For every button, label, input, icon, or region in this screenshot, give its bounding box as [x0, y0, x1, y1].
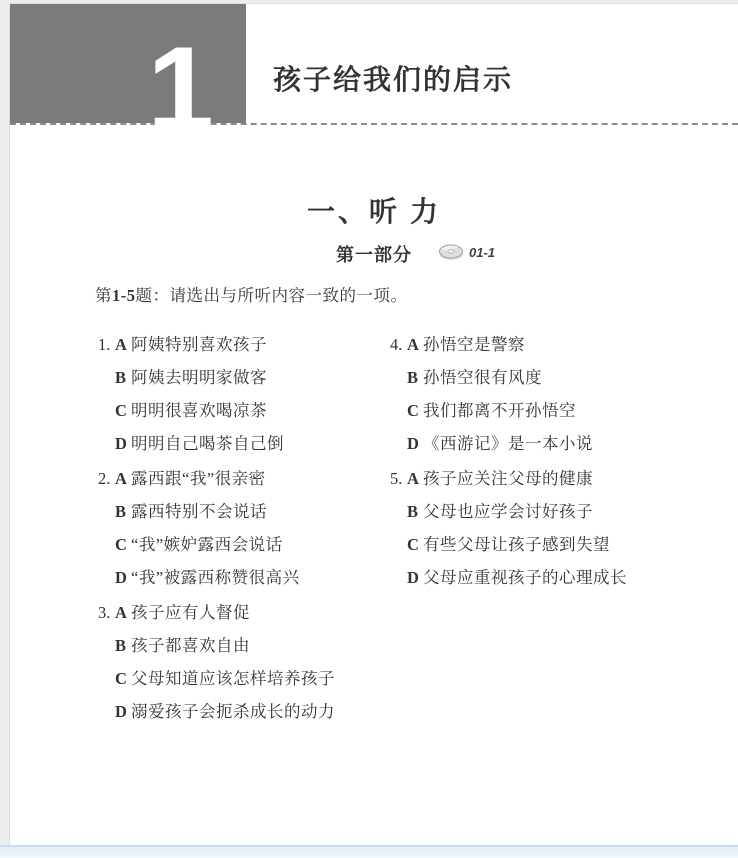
option-text: 孩子应关注父母的健康 — [423, 462, 593, 495]
option-letter: A — [115, 596, 131, 629]
option-line: 4. A 孙悟空是警察 — [390, 328, 627, 361]
option-line: B 露西特别不会说话 — [98, 495, 335, 528]
option-letter: B — [407, 361, 423, 394]
viewer-bottom-bar — [0, 845, 738, 858]
part-label: 第一部分 — [336, 245, 412, 265]
option-line: B 父母也应学会讨好孩子 — [390, 495, 627, 528]
option-letter: D — [407, 427, 423, 460]
option-text: 父母也应学会讨好孩子 — [423, 495, 593, 528]
cd-icon — [438, 243, 464, 261]
option-letter: D — [407, 561, 423, 594]
option-indent — [390, 394, 407, 427]
header-dashed-divider — [10, 123, 738, 125]
instruction: 第1-5题：请选出与所听内容一致的一项。 — [95, 282, 408, 306]
option-indent — [98, 427, 115, 460]
option-line: 1. A 阿姨特别喜欢孩子 — [98, 328, 335, 361]
option-letter: C — [115, 662, 131, 695]
option-text: 父母知道应该怎样培养孩子 — [131, 662, 335, 695]
option-letter: B — [115, 629, 131, 662]
option-line: 3. A 孩子应有人督促 — [98, 596, 335, 629]
option-letter: D — [115, 695, 131, 728]
question-number: 2. — [98, 462, 115, 495]
option-text: 溺爱孩子会扼杀成长的动力 — [131, 695, 335, 728]
option-text: 明明自己喝茶自己倒 — [131, 427, 284, 460]
option-text: 阿姨去明明家做客 — [131, 361, 267, 394]
audio-group: 01-1 — [438, 241, 495, 263]
option-indent — [98, 394, 115, 427]
question-3: 3. A 孩子应有人督促 B 孩子都喜欢自由 C 父母知道应该怎样培养孩子 D — [98, 596, 335, 728]
option-line: B 孩子都喜欢自由 — [98, 629, 335, 662]
option-line: C 有些父母让孩子感到失望 — [390, 528, 627, 561]
instruction-text: 题：请选出与所听内容一致的一项。 — [136, 286, 408, 305]
part-row: 第一部分 01-1 — [10, 241, 738, 267]
question-number: 1. — [98, 328, 115, 361]
option-indent — [98, 695, 115, 728]
questions-right-column: 4. A 孙悟空是警察 B 孙悟空很有风度 C 我们都离不开孙悟空 D — [390, 328, 627, 596]
audio-track-label: 01-1 — [469, 245, 495, 260]
option-line: B 孙悟空很有风度 — [390, 361, 627, 394]
question-5: 5. A 孩子应关注父母的健康 B 父母也应学会讨好孩子 C 有些父母让孩子感到… — [390, 462, 627, 594]
question-number: 4. — [390, 328, 407, 361]
question-4: 4. A 孙悟空是警察 B 孙悟空很有风度 C 我们都离不开孙悟空 D — [390, 328, 627, 460]
option-text: 孩子应有人督促 — [131, 596, 250, 629]
chapter-title: 孩子给我们的启示 — [273, 58, 513, 98]
chapter-number-box: 1 — [10, 4, 246, 123]
option-letter: B — [115, 361, 131, 394]
option-line: C 父母知道应该怎样培养孩子 — [98, 662, 335, 695]
option-indent — [390, 495, 407, 528]
option-indent — [390, 361, 407, 394]
option-line: B 阿姨去明明家做客 — [98, 361, 335, 394]
option-text: 明明很喜欢喝凉茶 — [131, 394, 267, 427]
option-line: 5. A 孩子应关注父母的健康 — [390, 462, 627, 495]
option-text: 孩子都喜欢自由 — [131, 629, 250, 662]
option-text: 露西跟“我”很亲密 — [131, 462, 266, 495]
option-letter: A — [115, 328, 131, 361]
option-text: 孙悟空是警察 — [423, 328, 525, 361]
option-letter: C — [115, 394, 131, 427]
option-line: C 我们都离不开孙悟空 — [390, 394, 627, 427]
option-text: 《西游记》是一本小说 — [423, 427, 593, 460]
option-line: C 明明很喜欢喝凉茶 — [98, 394, 335, 427]
textbook-page: 1 孩子给我们的启示 一、听 力 第一部分 01-1 第1-5题：请选出与所听内… — [10, 4, 738, 845]
option-indent — [98, 662, 115, 695]
option-letter: A — [407, 328, 423, 361]
question-1: 1. A 阿姨特别喜欢孩子 B 阿姨去明明家做客 C 明明很喜欢喝凉茶 D — [98, 328, 335, 460]
option-indent — [390, 427, 407, 460]
option-text: 父母应重视孩子的心理成长 — [423, 561, 627, 594]
option-letter: B — [115, 495, 131, 528]
option-line: C “我”嫉妒露西会说话 — [98, 528, 335, 561]
option-text: 有些父母让孩子感到失望 — [423, 528, 610, 561]
option-text: 露西特别不会说话 — [131, 495, 267, 528]
option-line: D 明明自己喝茶自己倒 — [98, 427, 335, 460]
section-heading: 一、听 力 — [10, 190, 738, 230]
question-2: 2. A 露西跟“我”很亲密 B 露西特别不会说话 C “我”嫉妒露西会说话 D — [98, 462, 335, 594]
chapter-number: 1 — [147, 29, 214, 149]
option-text: 孙悟空很有风度 — [423, 361, 542, 394]
option-letter: B — [407, 495, 423, 528]
option-indent — [390, 528, 407, 561]
instruction-range: 1-5 — [112, 286, 136, 305]
option-text: “我”被露西称赞很高兴 — [131, 561, 300, 594]
questions-left-column: 1. A 阿姨特别喜欢孩子 B 阿姨去明明家做客 C 明明很喜欢喝凉茶 D — [98, 328, 335, 730]
option-letter: A — [115, 462, 131, 495]
instruction-prefix: 第 — [95, 286, 112, 305]
option-indent — [98, 629, 115, 662]
question-number: 5. — [390, 462, 407, 495]
option-indent — [98, 361, 115, 394]
option-line: D 父母应重视孩子的心理成长 — [390, 561, 627, 594]
option-letter: D — [115, 427, 131, 460]
option-indent — [98, 495, 115, 528]
option-indent — [390, 561, 407, 594]
option-line: D 溺爱孩子会扼杀成长的动力 — [98, 695, 335, 728]
option-text: “我”嫉妒露西会说话 — [131, 528, 283, 561]
option-letter: D — [115, 561, 131, 594]
option-letter: C — [115, 528, 131, 561]
option-text: 我们都离不开孙悟空 — [423, 394, 576, 427]
option-letter: A — [407, 462, 423, 495]
option-indent — [98, 528, 115, 561]
option-line: 2. A 露西跟“我”很亲密 — [98, 462, 335, 495]
option-letter: C — [407, 394, 423, 427]
option-line: D 《西游记》是一本小说 — [390, 427, 627, 460]
option-line: D “我”被露西称赞很高兴 — [98, 561, 335, 594]
question-number: 3. — [98, 596, 115, 629]
option-indent — [98, 561, 115, 594]
option-text: 阿姨特别喜欢孩子 — [131, 328, 267, 361]
option-letter: C — [407, 528, 423, 561]
